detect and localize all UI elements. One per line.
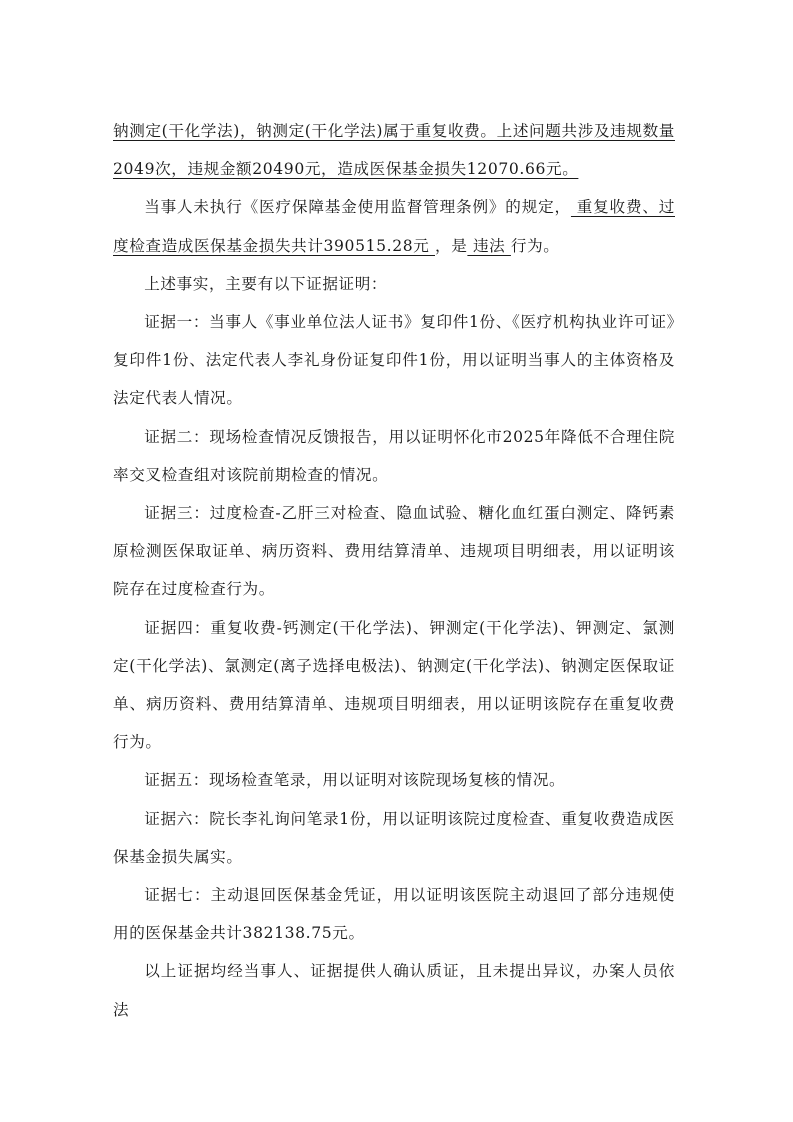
paragraph-evidence-6: 证据六：院长李礼询问笔录1份，用以证明该院过度检查、重复收费造成医保基金损失属实… — [113, 800, 675, 876]
paragraph-evidence-2: 证据二：现场检查情况反馈报告，用以证明怀化市2025年降低不合理住院率交叉检查组… — [113, 418, 675, 494]
underlined-text: 钠测定(干化学法)，钠测定(干化学法)属于重复收费。上述问题共涉及违规数量204… — [113, 122, 675, 178]
underlined-text: 违法 — [467, 237, 511, 255]
text-segment: 行为。 — [511, 237, 560, 255]
text-segment: 证据五：现场检查笔录，用以证明对该院现场复核的情况。 — [144, 771, 565, 789]
document-page: 钠测定(干化学法)，钠测定(干化学法)属于重复收费。上述问题共涉及违规数量204… — [113, 112, 675, 1029]
text-segment: 证据一：当事人《事业单位法人证书》复印件1份、《医疗机构执业许可证》复印件1份、… — [113, 313, 675, 407]
paragraph-violation-summary: 钠测定(干化学法)，钠测定(干化学法)属于重复收费。上述问题共涉及违规数量204… — [113, 112, 675, 188]
paragraph-legal-finding: 当事人未执行《医疗保障基金使用监督管理条例》的规定， 重复收费、过度检查造成医保… — [113, 188, 675, 264]
paragraph-evidence-intro: 上述事实，主要有以下证据证明： — [113, 265, 675, 303]
paragraph-evidence-5: 证据五：现场检查笔录，用以证明对该院现场复核的情况。 — [113, 761, 675, 799]
text-segment: 证据七：主动退回医保基金凭证，用以证明该医院主动退回了部分违规使用的医保基金共计… — [113, 886, 675, 942]
text-segment: 证据二：现场检查情况反馈报告，用以证明怀化市2025年降低不合理住院率交叉检查组… — [113, 428, 675, 484]
paragraph-evidence-1: 证据一：当事人《事业单位法人证书》复印件1份、《医疗机构执业许可证》复印件1份、… — [113, 303, 675, 418]
paragraph-evidence-7: 证据七：主动退回医保基金凭证，用以证明该医院主动退回了部分违规使用的医保基金共计… — [113, 876, 675, 952]
text-segment: 证据六：院长李礼询问笔录1份，用以证明该院过度检查、重复收费造成医保基金损失属实… — [113, 810, 675, 866]
text-segment: 上述事实，主要有以下证据证明： — [144, 275, 387, 293]
paragraph-evidence-3: 证据三：过度检查-乙肝三对检查、隐血试验、糖化血红蛋白测定、降钙素原检测医保取证… — [113, 494, 675, 609]
text-segment: ，是 — [435, 237, 467, 255]
text-segment: 证据三：过度检查-乙肝三对检查、隐血试验、糖化血红蛋白测定、降钙素原检测医保取证… — [113, 504, 675, 598]
text-segment: 以上证据均经当事人、证据提供人确认质证，且未提出异议，办案人员依法 — [113, 962, 675, 1018]
paragraph-evidence-4: 证据四：重复收费-钙测定(干化学法)、钾测定(干化学法)、钾测定、氯测定(干化学… — [113, 609, 675, 762]
text-segment: 证据四：重复收费-钙测定(干化学法)、钾测定(干化学法)、钾测定、氯测定(干化学… — [113, 619, 675, 752]
text-segment: 当事人未执行《医疗保障基金使用监督管理条例》的规定， — [144, 198, 571, 216]
paragraph-evidence-conclusion: 以上证据均经当事人、证据提供人确认质证，且未提出异议，办案人员依法 — [113, 952, 675, 1028]
